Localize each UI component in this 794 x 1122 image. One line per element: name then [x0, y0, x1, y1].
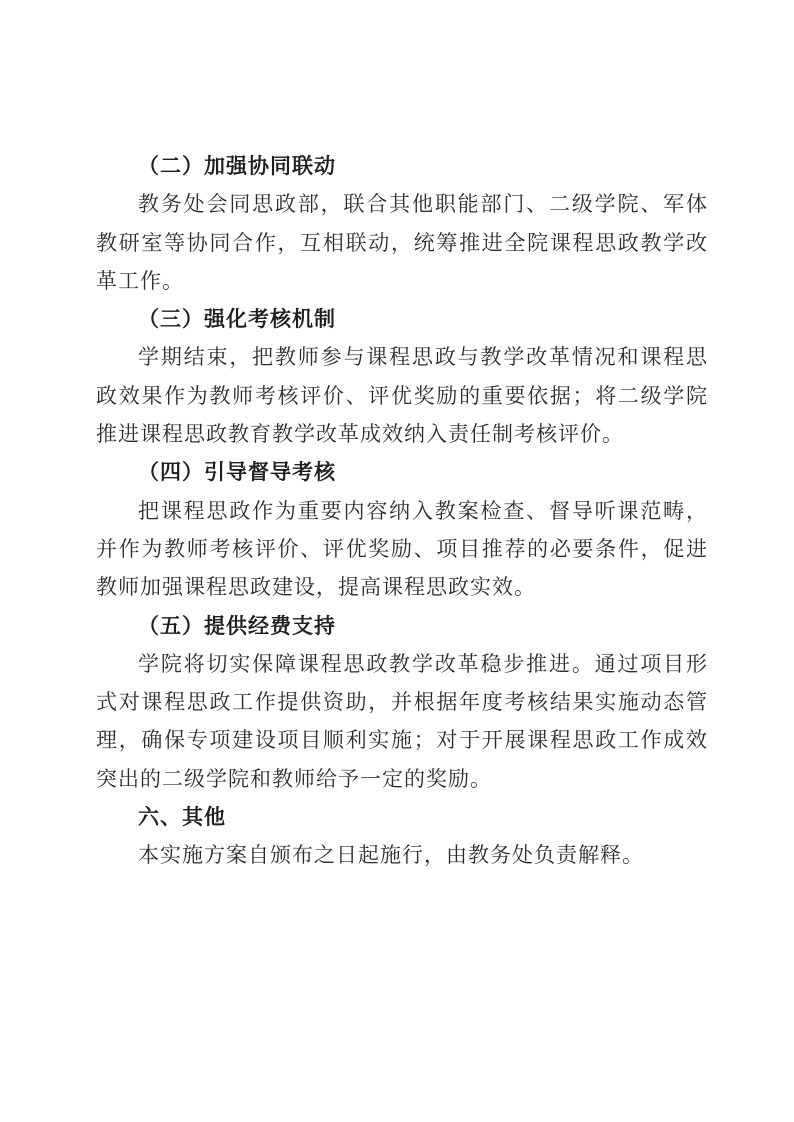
document-content: （二）加强协同联动 教务处会同思政部，联合其他职能部门、二级学院、军体教研室等协… — [96, 147, 708, 875]
section-5: （五）提供经费支持 学院将切实保障课程思政教学改革稳步推进。通过项目形式对课程思… — [96, 607, 708, 798]
section-paragraph: 本实施方案自颁布之日起施行，由教务处负责解释。 — [96, 836, 708, 874]
section-heading: （五）提供经费支持 — [96, 607, 708, 645]
section-4: （四）引导督导考核 把课程思政作为重要内容纳入教案检查、督导听课范畴，并作为教师… — [96, 453, 708, 606]
section-2: （二）加强协同联动 教务处会同思政部，联合其他职能部门、二级学院、军体教研室等协… — [96, 147, 708, 300]
section-heading: 六、其他 — [96, 798, 708, 836]
section-paragraph: 学期结束，把教师参与课程思政与教学改革情况和课程思政效果作为教师考核评价、评优奖… — [96, 338, 708, 453]
section-heading: （二）加强协同联动 — [96, 147, 708, 185]
section-heading: （四）引导督导考核 — [96, 453, 708, 491]
section-3: （三）强化考核机制 学期结束，把教师参与课程思政与教学改革情况和课程思政效果作为… — [96, 300, 708, 453]
section-paragraph: 学院将切实保障课程思政教学改革稳步推进。通过项目形式对课程思政工作提供资助，并根… — [96, 645, 708, 798]
document-page: （二）加强协同联动 教务处会同思政部，联合其他职能部门、二级学院、军体教研室等协… — [0, 0, 794, 1122]
section-heading: （三）强化考核机制 — [96, 300, 708, 338]
section-6: 六、其他 本实施方案自颁布之日起施行，由教务处负责解释。 — [96, 798, 708, 875]
section-paragraph: 教务处会同思政部，联合其他职能部门、二级学院、军体教研室等协同合作，互相联动，统… — [96, 185, 708, 300]
section-paragraph: 把课程思政作为重要内容纳入教案检查、督导听课范畴，并作为教师考核评价、评优奖励、… — [96, 492, 708, 607]
